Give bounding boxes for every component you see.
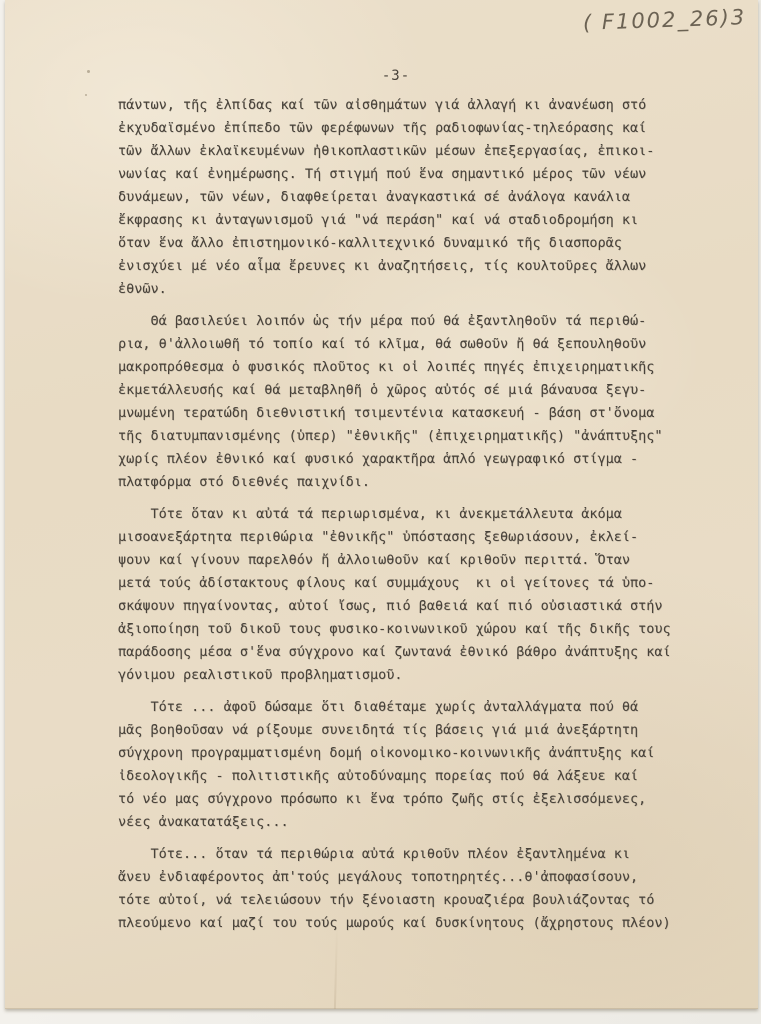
text-line: μνωμένη τερατώδη διεθνιστική τσιμεντένια… (118, 402, 686, 425)
text-line: ἐκμετάλλευσής καί θά μεταβληθῆ ὁ χῶρος α… (118, 379, 686, 402)
text-line: Θά βασιλεύει λοιπόν ὡς τήν μέρα πού θά ἐ… (118, 310, 686, 333)
text-line: σύγχρονη προγραμματισμένη δομή οἰκονομικ… (118, 742, 686, 765)
paper-speck (85, 94, 87, 96)
text-line: γόνιμου ρεαλιστικοῦ προβληματισμοῦ. (118, 664, 686, 687)
text-line: Τότε... ὅταν τά περιθώρια αὐτά κριθοῦν π… (118, 843, 686, 866)
text-line: ἰδεολογικῆς - πολιτιστικῆς αὐτοδύναμης π… (118, 765, 686, 788)
text-line: μακροπρόθεσμα ὁ φυσικός πλοῦτος κι οἱ λο… (118, 356, 686, 379)
text-line: ρια, θ'ἀλλοιωθῆ τό τοπίο καί τό κλῖμα, θ… (118, 333, 686, 356)
text-line: ὅταν ἕνα ἄλλο ἐπιστημονικό-καλλιτεχνικό … (118, 232, 686, 255)
text-line: τότε αὐτοί, νά τελειώσουν τήν ξένοιαστη … (118, 889, 686, 912)
text-line: μᾶς βοηθοῦσαν νά ρίξουμε συνειδητά τίς β… (118, 719, 686, 742)
text-line: Τότε ... ἀφοῦ δώσαμε ὅτι διαθέταμε χωρίς… (118, 696, 686, 719)
text-line: ἐθνῶν. (118, 278, 686, 301)
scanner-background: ( F1002_26)3 -3- πάντων, τῆς ἐλπίδας καί… (0, 0, 761, 1024)
text-line: παράδοσης μέσα σ'ἕνα σύγχρονο καί ζωνταν… (118, 641, 686, 664)
text-line: νωνίας καί ἐνημέρωσης. Τή στιγμή πού ἕνα… (118, 163, 686, 186)
text-line: σκάψουν πηγαίνοντας, αὐτοί ἴσως, πιό βαθ… (118, 595, 686, 618)
paragraph: Τότε ... ἀφοῦ δώσαμε ὅτι διαθέταμε χωρίς… (118, 696, 686, 834)
paper-crease (334, 924, 338, 1009)
document-page: ( F1002_26)3 -3- πάντων, τῆς ἐλπίδας καί… (5, 0, 758, 1009)
text-line: πάντων, τῆς ἐλπίδας καί τῶν αἰσθημάτων γ… (118, 94, 686, 117)
text-line: πλεούμενο καί μαζί του τούς μωρούς καί δ… (118, 912, 686, 935)
text-line: μισοανεξάρτητα περιθώρια "ἐθνικῆς" ὑπόστ… (118, 526, 686, 549)
text-line: Τότε ὅταν κι αὐτά τά περιωρισμένα, κι ἀν… (118, 503, 686, 526)
text-line: ἔκφρασης κι ἀνταγωνισμοῦ γιά "νά περάση"… (118, 209, 686, 232)
page-number: -3- (115, 68, 677, 84)
text-line: ἐκχυδαϊσμένο ἐπίπεδο τῶν φερέφωνων τῆς ρ… (118, 117, 686, 140)
text-line: τῶν ἄλλων ἐκλαϊκευμένων ἠθικοπλαστικῶν μ… (118, 140, 686, 163)
text-line: δυνάμεων, τῶν νέων, διαφθείρεται ἀναγκασ… (118, 186, 686, 209)
paper-speck (87, 70, 90, 73)
text-line: ἀξιοποίηση τοῦ δικοῦ τους φυσικο-κοινωνι… (118, 618, 686, 641)
text-line: νέες ἀνακατατάξεις... (118, 811, 686, 834)
text-line: ψουν καί γίνουν παρελθόν ἤ ἀλλοιωθοῦν κα… (118, 549, 686, 572)
document-body: πάντων, τῆς ἐλπίδας καί τῶν αἰσθημάτων γ… (118, 94, 686, 935)
paragraph: πάντων, τῆς ἐλπίδας καί τῶν αἰσθημάτων γ… (118, 94, 686, 301)
text-line: ἐνισχύει μέ νέο αἷμα ἔρευνες κι ἀναζητήσ… (118, 255, 686, 278)
text-line: ἄνευ ἐνδιαφέροντος ἀπ'τούς μεγάλους τοπο… (118, 866, 686, 889)
paragraph: Τότε ὅταν κι αὐτά τά περιωρισμένα, κι ἀν… (118, 503, 686, 687)
text-line: πλατφόρμα στό διεθνές παιχνίδι. (118, 471, 686, 494)
paragraph: Τότε... ὅταν τά περιθώρια αὐτά κριθοῦν π… (118, 843, 686, 935)
text-line: τό νέο μας σύγχρονο πρόσωπο κι ἕνα τρόπο… (118, 788, 686, 811)
handwritten-annotation: ( F1002_26)3 (582, 5, 746, 35)
paragraph: Θά βασιλεύει λοιπόν ὡς τήν μέρα πού θά ἐ… (118, 310, 686, 494)
text-line: μετά τούς ἀδίστακτους φίλους καί συμμάχο… (118, 572, 686, 595)
text-line: τῆς διατυμπανισμένης (ὑπερ) "ἐθνικῆς" (ἐ… (118, 425, 686, 448)
text-line: χωρίς πλέον ἐθνικό καί φυσικό χαρακτῆρα … (118, 448, 686, 471)
